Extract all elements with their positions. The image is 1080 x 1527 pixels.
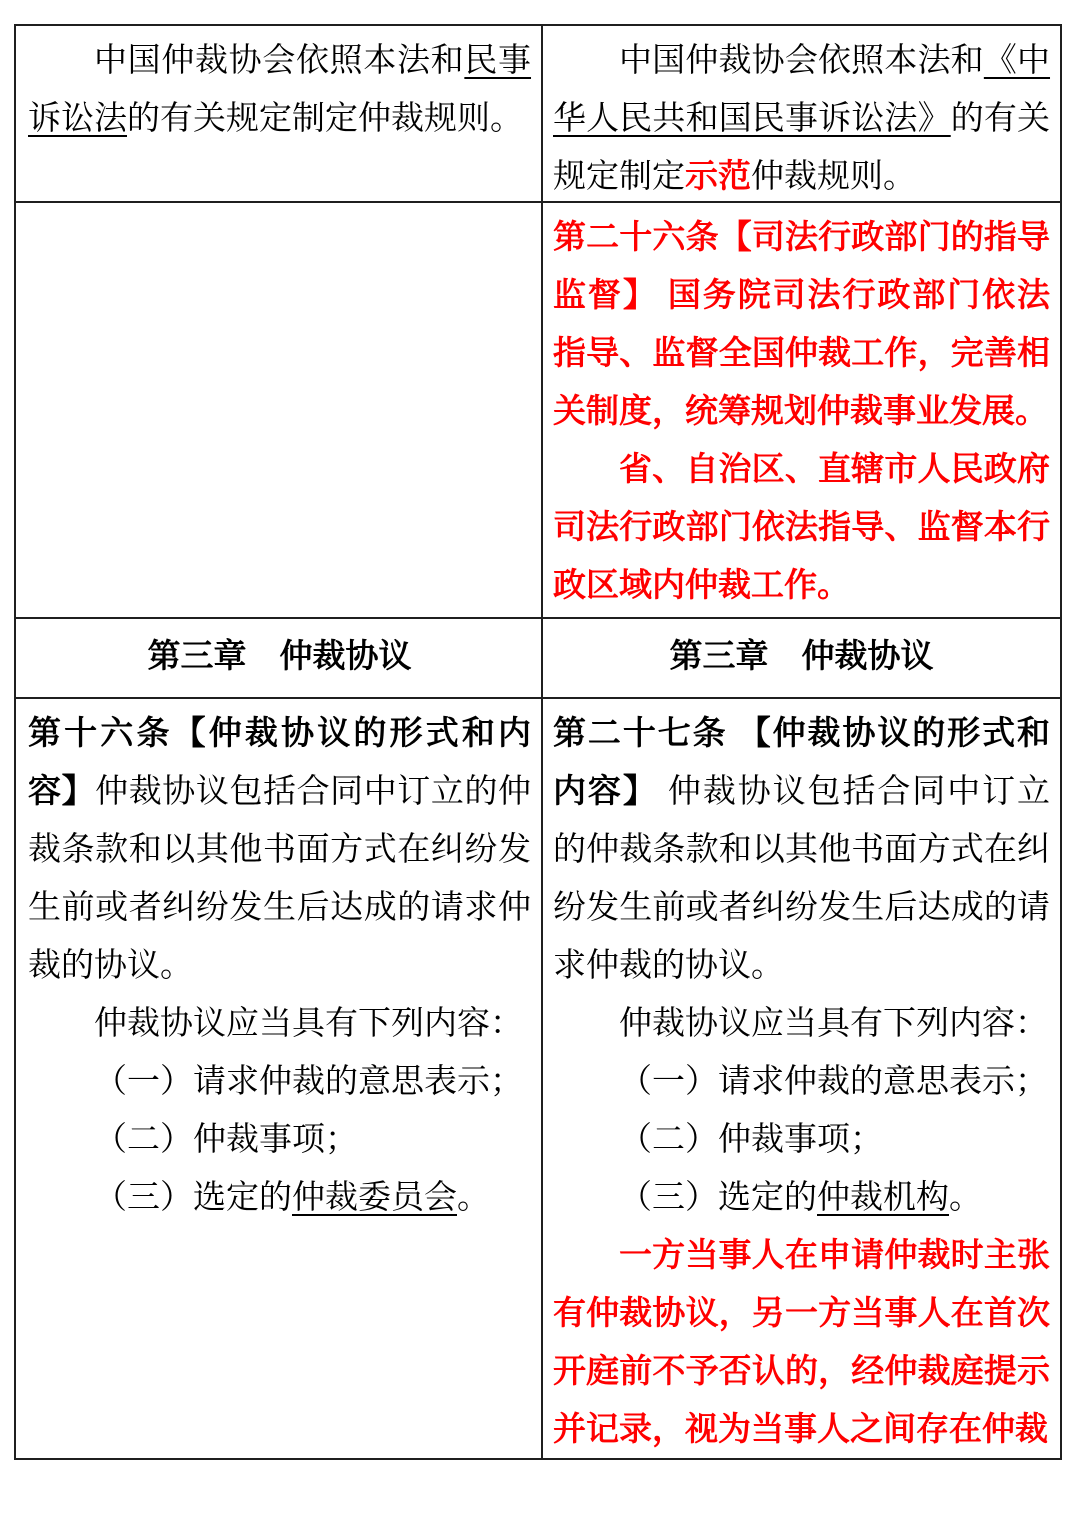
- paragraph: 第二十七条 【仲裁协议的形式和内容】 仲裁协议包括合同中订立的仲裁条款和以其他书…: [553, 705, 1050, 995]
- paragraph: 第十六条【仲裁协议的形式和内容】仲裁协议包括合同中订立的仲裁条款和以其他书面方式…: [28, 705, 531, 995]
- old-law-cell-row1: 中国仲裁协会依照本法和民事诉讼法的有关规定制定仲裁规则。: [16, 26, 541, 203]
- old-law-cell-row4: 第十六条【仲裁协议的形式和内容】仲裁协议包括合同中订立的仲裁条款和以其他书面方式…: [16, 699, 541, 1458]
- paragraph: （二）仲裁事项；: [553, 1111, 1050, 1169]
- text-run: 仲裁委员会: [292, 1180, 457, 1216]
- text-run: 中国仲裁协会依照本法和: [94, 43, 464, 79]
- paragraph: （三）选定的仲裁机构。: [553, 1169, 1050, 1227]
- text-run: （一）请求仲裁的意思表示；: [619, 1064, 1048, 1100]
- text-run: 省、自治区、直辖市人民政府司法行政部门依法指导、监督本行政区域内仲裁工作。: [553, 452, 1050, 604]
- text-run: 仲裁协议应当具有下列内容：: [619, 1006, 1048, 1042]
- old-law-chapter-cell: 第三章 仲裁协议: [16, 619, 541, 699]
- old-law-cell-row2-empty: [16, 203, 541, 619]
- text-run: 第三章 仲裁协议: [670, 639, 934, 675]
- chapter-heading: 第三章 仲裁协议: [28, 628, 531, 686]
- revised-law-chapter-cell: 第三章 仲裁协议: [541, 619, 1060, 699]
- revised-law-cell-row4: 第二十七条 【仲裁协议的形式和内容】 仲裁协议包括合同中订立的仲裁条款和以其他书…: [541, 699, 1060, 1458]
- text-run: 第二十六条【司法行政部门的指导监督】 国务院司法行政部门依法指导、监督全国仲裁工…: [553, 220, 1050, 430]
- text-run: （二）仲裁事项；: [619, 1122, 883, 1158]
- page: { "colors": { "text": "#000000", "highli…: [0, 0, 1080, 1527]
- paragraph: 中国仲裁协会依照本法和民事诉讼法的有关规定制定仲裁规则。: [28, 32, 531, 148]
- text-run: 。: [457, 1180, 490, 1216]
- paragraph: 仲裁协议应当具有下列内容：: [553, 995, 1050, 1053]
- revised-law-cell-row2: 第二十六条【司法行政部门的指导监督】 国务院司法行政部门依法指导、监督全国仲裁工…: [541, 203, 1060, 619]
- chapter-heading: 第三章 仲裁协议: [553, 628, 1050, 686]
- paragraph: 仲裁协议应当具有下列内容：: [28, 995, 531, 1053]
- text-run: （三）选定的: [619, 1180, 817, 1216]
- text-run: 的有关规定制定仲裁规则。: [127, 101, 523, 137]
- paragraph: （三）选定的仲裁委员会。: [28, 1169, 531, 1227]
- paragraph: （一）请求仲裁的意思表示；: [553, 1053, 1050, 1111]
- law-comparison-table: 中国仲裁协会依照本法和民事诉讼法的有关规定制定仲裁规则。 中国仲裁协会依照本法和…: [14, 24, 1062, 1460]
- text-run: 。: [949, 1180, 982, 1216]
- paragraph: 第二十六条【司法行政部门的指导监督】 国务院司法行政部门依法指导、监督全国仲裁工…: [553, 209, 1050, 441]
- text-run: （二）仲裁事项；: [94, 1122, 358, 1158]
- paragraph: 省、自治区、直辖市人民政府司法行政部门依法指导、监督本行政区域内仲裁工作。: [553, 441, 1050, 615]
- text-run: 仲裁协议包括合同中订立的仲裁条款和以其他书面方式在纠纷发生前或者纠纷发生后达成的…: [28, 774, 531, 984]
- paragraph: （二）仲裁事项；: [28, 1111, 531, 1169]
- text-run: （三）选定的: [94, 1180, 292, 1216]
- text-run: （一）请求仲裁的意思表示；: [94, 1064, 523, 1100]
- text-run: 中国仲裁协会依照本法和: [619, 43, 984, 79]
- text-run: 仲裁机构: [817, 1180, 949, 1216]
- text-run: 一方当事人在申请仲裁时主张有仲裁协议，另一方当事人在首次开庭前不予否认的，经仲裁…: [553, 1238, 1050, 1448]
- paragraph: 中国仲裁协会依照本法和《中华人民共和国民事诉讼法》的有关规定制定示范仲裁规则。: [553, 32, 1050, 203]
- text-run: 仲裁协议应当具有下列内容：: [94, 1006, 523, 1042]
- paragraph: 一方当事人在申请仲裁时主张有仲裁协议，另一方当事人在首次开庭前不予否认的，经仲裁…: [553, 1227, 1050, 1458]
- paragraph: （一）请求仲裁的意思表示；: [28, 1053, 531, 1111]
- text-run: 仲裁规则。: [751, 159, 916, 195]
- text-run: 第三章 仲裁协议: [148, 639, 412, 675]
- text-run: 示范: [685, 159, 751, 195]
- revised-law-cell-row1: 中国仲裁协会依照本法和《中华人民共和国民事诉讼法》的有关规定制定示范仲裁规则。: [541, 26, 1060, 203]
